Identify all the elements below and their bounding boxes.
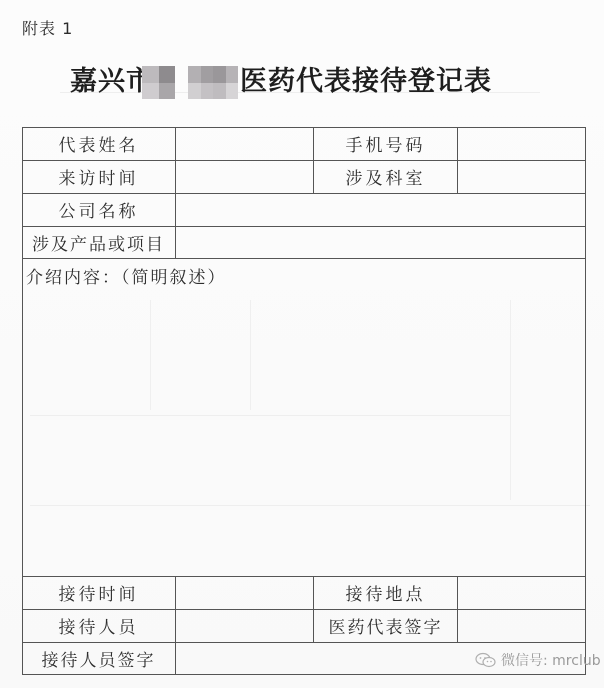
label-phone: 手机号码 xyxy=(314,127,457,160)
label-visit-time: 来访时间 xyxy=(22,160,175,193)
rep-signature-field[interactable] xyxy=(458,609,586,642)
rep-name-field[interactable] xyxy=(176,127,313,160)
redacted-text xyxy=(188,66,238,99)
department-field[interactable] xyxy=(458,160,586,193)
wechat-icon xyxy=(475,652,497,668)
company-field[interactable] xyxy=(176,193,586,226)
watermark: 微信号: mrclub xyxy=(475,650,601,670)
title-suffix: 医药代表接待登记表 xyxy=(240,60,492,104)
watermark-text: 微信号: mrclub xyxy=(501,650,601,670)
row-divider xyxy=(22,258,586,259)
label-receptionist: 接待人员 xyxy=(22,609,175,642)
label-reception-time: 接待时间 xyxy=(22,576,175,609)
phone-field[interactable] xyxy=(458,127,586,160)
document-title: 嘉兴市 医药代表接待登记表 xyxy=(0,60,604,104)
label-rep-name: 代表姓名 xyxy=(22,127,175,160)
label-intro: 介绍内容：（简明叙述） xyxy=(26,263,227,288)
appendix-label: 附表 1 xyxy=(22,16,73,39)
label-rep-signature: 医药代表签字 xyxy=(314,609,457,642)
visit-time-field[interactable] xyxy=(176,160,313,193)
label-department: 涉及科室 xyxy=(314,160,457,193)
label-product: 涉及产品或项目 xyxy=(22,226,175,258)
redacted-text xyxy=(142,66,175,99)
scanned-page: 附表 1 嘉兴市 医药代表接待登记表 xyxy=(0,0,604,688)
label-receptionist-signature: 接待人员签字 xyxy=(22,642,175,675)
registration-form: 代表姓名 手机号码 来访时间 涉及科室 公司名称 涉及产品或项目 介绍内容：（简… xyxy=(22,127,586,675)
intro-textarea[interactable] xyxy=(22,287,586,576)
reception-time-field[interactable] xyxy=(176,576,313,609)
reception-location-field[interactable] xyxy=(458,576,586,609)
product-field[interactable] xyxy=(176,226,586,258)
label-reception-location: 接待地点 xyxy=(314,576,457,609)
label-company: 公司名称 xyxy=(22,193,175,226)
receptionist-field[interactable] xyxy=(176,609,313,642)
